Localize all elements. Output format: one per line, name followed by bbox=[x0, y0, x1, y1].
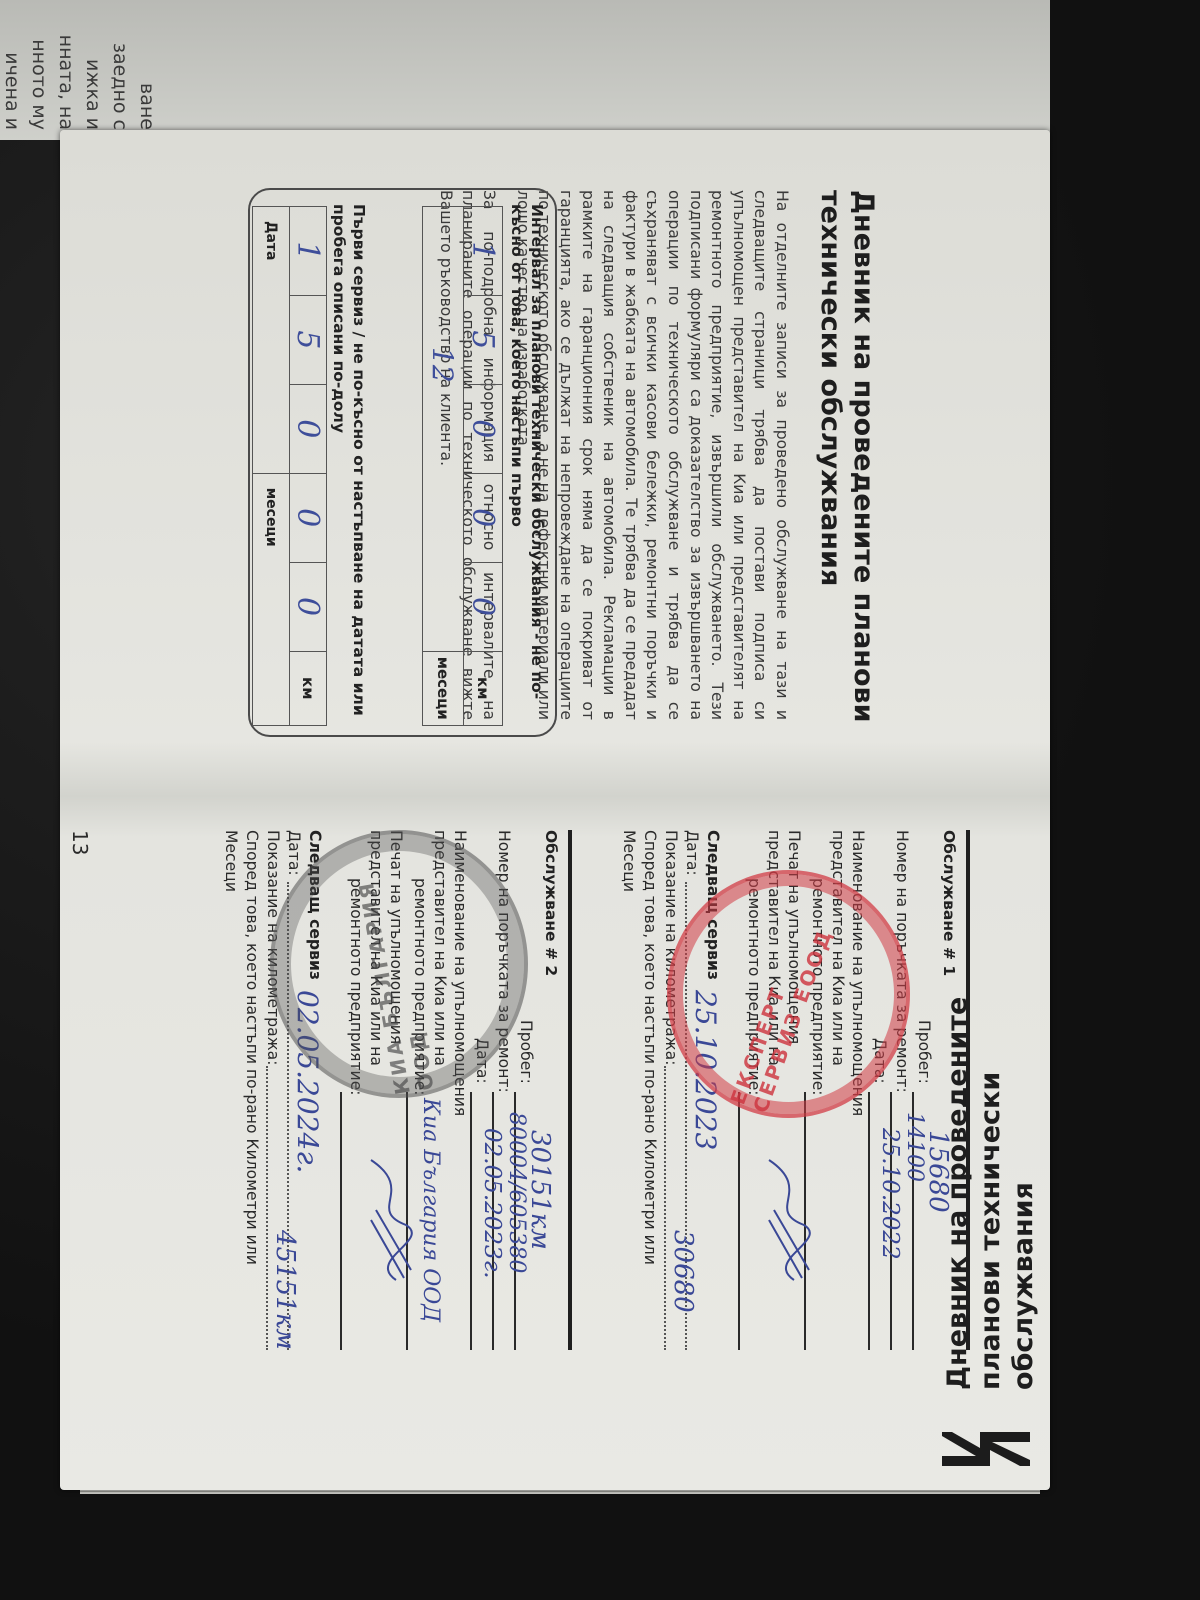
months-unit-label: месеци bbox=[423, 651, 464, 725]
km-digit[interactable]: 0 bbox=[464, 562, 503, 651]
mileage-label: Пробег: bbox=[914, 1020, 934, 1084]
date-field[interactable]: Дата: 25.10.2022 bbox=[868, 830, 890, 1350]
mileage-value[interactable]: 15680 bbox=[928, 1130, 948, 1213]
date-value[interactable]: 25.10.2022 bbox=[880, 1128, 900, 1260]
next-service-km-value[interactable]: 30680 bbox=[672, 1230, 693, 1313]
interval-title: Интервал за планови технически обслужван… bbox=[507, 204, 547, 724]
service-booklet: Дневник на проведените планови техническ… bbox=[60, 130, 1050, 1490]
previous-page-fragment: ване bbox=[133, 10, 160, 130]
service-heading: Обслужване # 2 bbox=[542, 830, 560, 1410]
next-service-km-label: Показание на километража: bbox=[264, 830, 282, 1066]
date-label: Дата: bbox=[472, 1038, 492, 1084]
mileage-label: Пробег: bbox=[516, 1020, 536, 1084]
order-number-value[interactable]: 80004/605380 bbox=[506, 1112, 526, 1273]
months-value[interactable]: 12 bbox=[423, 207, 464, 652]
order-number-label: Номер на поръчката за ремонт: bbox=[893, 830, 911, 1093]
order-number-field[interactable]: Номер на поръчката за ремонт: 14100 bbox=[890, 830, 912, 1350]
left-page-title: Дневник на проведените планови техническ… bbox=[814, 190, 880, 790]
previous-page-fragment: ичена и bbox=[0, 10, 25, 130]
mileage-field[interactable]: Пробег: 15680 bbox=[912, 830, 934, 1350]
date-value[interactable]: 02.05.2023г. bbox=[482, 1128, 502, 1279]
mileage-value[interactable]: 30151км bbox=[530, 1130, 550, 1250]
first-km-digit[interactable]: 0 bbox=[290, 562, 327, 651]
next-service-km-field[interactable]: Показание на километража: 30680 bbox=[660, 830, 681, 1350]
next-service-date-value[interactable]: 02.05.2024г. bbox=[297, 990, 318, 1173]
first-km-digit[interactable]: 0 bbox=[290, 473, 327, 562]
interval-table: 1 5 0 0 0 км 12 месеци bbox=[422, 206, 503, 726]
left-page: Дневник на проведените планови техническ… bbox=[60, 150, 1050, 790]
previous-page-text: ванезаедно сижка инната, нанното муичена… bbox=[0, 10, 160, 130]
representative-stamp-field[interactable]: Печат на упълномощения представител на К… bbox=[340, 830, 406, 1350]
first-service-date-label[interactable]: Дата bbox=[253, 207, 290, 474]
date-field[interactable]: Дата: 02.05.2023г. bbox=[470, 830, 492, 1350]
first-service-title: Първи сервиз / не по-късно от настъпване… bbox=[329, 204, 369, 724]
section-rule bbox=[966, 830, 970, 1350]
next-service-km-field[interactable]: Показание на километража: 45151км bbox=[262, 830, 283, 1350]
service-entry-1: Обслужване # 1 Пробег: 15680 Номер на по… bbox=[618, 810, 970, 1410]
page-number: 13 bbox=[68, 830, 92, 855]
service-heading: Обслужване # 1 bbox=[940, 830, 958, 1410]
kia-logo-icon bbox=[936, 1430, 1036, 1470]
next-service-date-value[interactable]: 25.10.2023 bbox=[695, 990, 716, 1150]
previous-page-fragment: ижка и bbox=[79, 10, 106, 130]
next-service-note: Според това, което настъпи по-рано Килом… bbox=[220, 830, 262, 1290]
first-km-digit[interactable]: 5 bbox=[290, 295, 327, 384]
km-unit-label: км bbox=[464, 651, 503, 725]
section-rule bbox=[568, 830, 572, 1350]
order-number-label: Номер на поръчката за ремонт: bbox=[495, 830, 513, 1093]
date-label: Дата: bbox=[870, 1038, 890, 1084]
representative-stamp-field[interactable]: Печат на упълномощения представител на К… bbox=[738, 830, 804, 1350]
order-number-value[interactable]: 14100 bbox=[904, 1112, 924, 1182]
km-digit[interactable]: 1 bbox=[464, 207, 503, 296]
km-digit[interactable]: 0 bbox=[464, 473, 503, 562]
first-km-unit-label: км bbox=[290, 651, 327, 725]
previous-page-fragment: заедно с bbox=[106, 10, 133, 130]
previous-page-fragment: нното му bbox=[25, 10, 52, 130]
km-digit[interactable]: 5 bbox=[464, 295, 503, 384]
next-service-date-label: Дата: bbox=[683, 830, 701, 876]
service-interval-box: Интервал за планови технически обслужван… bbox=[248, 188, 557, 737]
first-km-digit[interactable]: 0 bbox=[290, 384, 327, 473]
service-entry-2: Обслужване # 2 Пробег: 30151км Номер на … bbox=[220, 810, 572, 1410]
first-service-table: 1 5 0 0 0 км Дата месеци bbox=[252, 206, 327, 726]
next-service-date-label: Дата: bbox=[285, 830, 303, 876]
next-service-note: Според това, което настъпи по-рано Килом… bbox=[618, 830, 660, 1290]
previous-page-fragment: нната, на bbox=[52, 10, 79, 130]
first-service-months-label[interactable]: месеци bbox=[253, 473, 290, 725]
previous-page-edge: ванезаедно сижка инната, нанното муичена… bbox=[0, 0, 1050, 140]
rotated-document-photo: ванезаедно сижка инната, нанното муичена… bbox=[0, 0, 1200, 1600]
km-digit[interactable]: 0 bbox=[464, 384, 503, 473]
right-page: Дневник на проведените планови техническ… bbox=[60, 810, 1050, 1490]
first-km-digit[interactable]: 1 bbox=[290, 207, 327, 296]
next-service-km-label: Показание на километража: bbox=[662, 830, 680, 1066]
next-service-km-value[interactable]: 45151км bbox=[274, 1230, 295, 1350]
